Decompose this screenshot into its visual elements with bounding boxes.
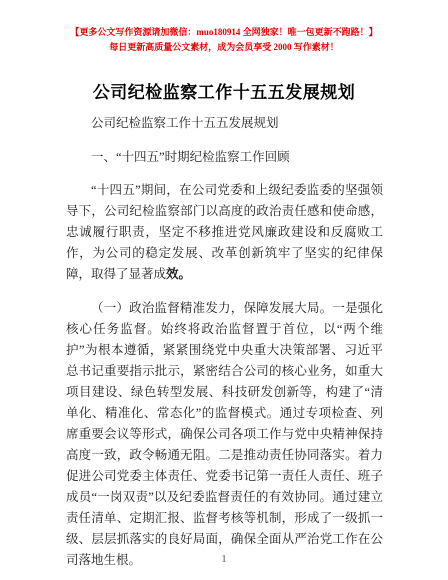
document-body: 公司纪检监察工作十五五发展规划 一、“十四五”时期纪检监察工作回顾 “十四五”期… [0,113,448,571]
ad-banner-line2: 每日更新高质量公文素材，成为会员享受 2000 写作素材！ [0,40,448,55]
paragraph-review-emphasis: 效。 [166,267,191,281]
section-heading: 一、“十四五”时期纪检监察工作回顾 [66,147,383,168]
ad-banner-line1: 【更多公文写作资源请加微信：muo180914 全网独家！唯一包更新不跑路！】 [0,25,448,40]
paragraph-political-supervision: （一）政治监督精准发力，保障发展大局。一是强化核心任务监督。始终将政治监督置于首… [66,298,383,571]
document-title: 公司纪检监察工作十五五发展规划 [40,82,408,104]
document-page: 【更多公文写作资源请加微信：muo180914 全网独家！唯一包更新不跑路！】 … [0,0,448,580]
document-subtitle: 公司纪检监察工作十五五发展规划 [66,113,383,134]
paragraph-review: “十四五”期间，在公司党委和上级纪委监委的坚强领导下，公司纪检监察部门以高度的政… [66,180,383,285]
paragraph-review-text: “十四五”期间，在公司党委和上级纪委监委的坚强领导下，公司纪检监察部门以高度的政… [66,183,383,281]
page-number: 1 [0,553,448,565]
ad-banner: 【更多公文写作资源请加微信：muo180914 全网独家！唯一包更新不跑路！】 … [0,0,448,55]
